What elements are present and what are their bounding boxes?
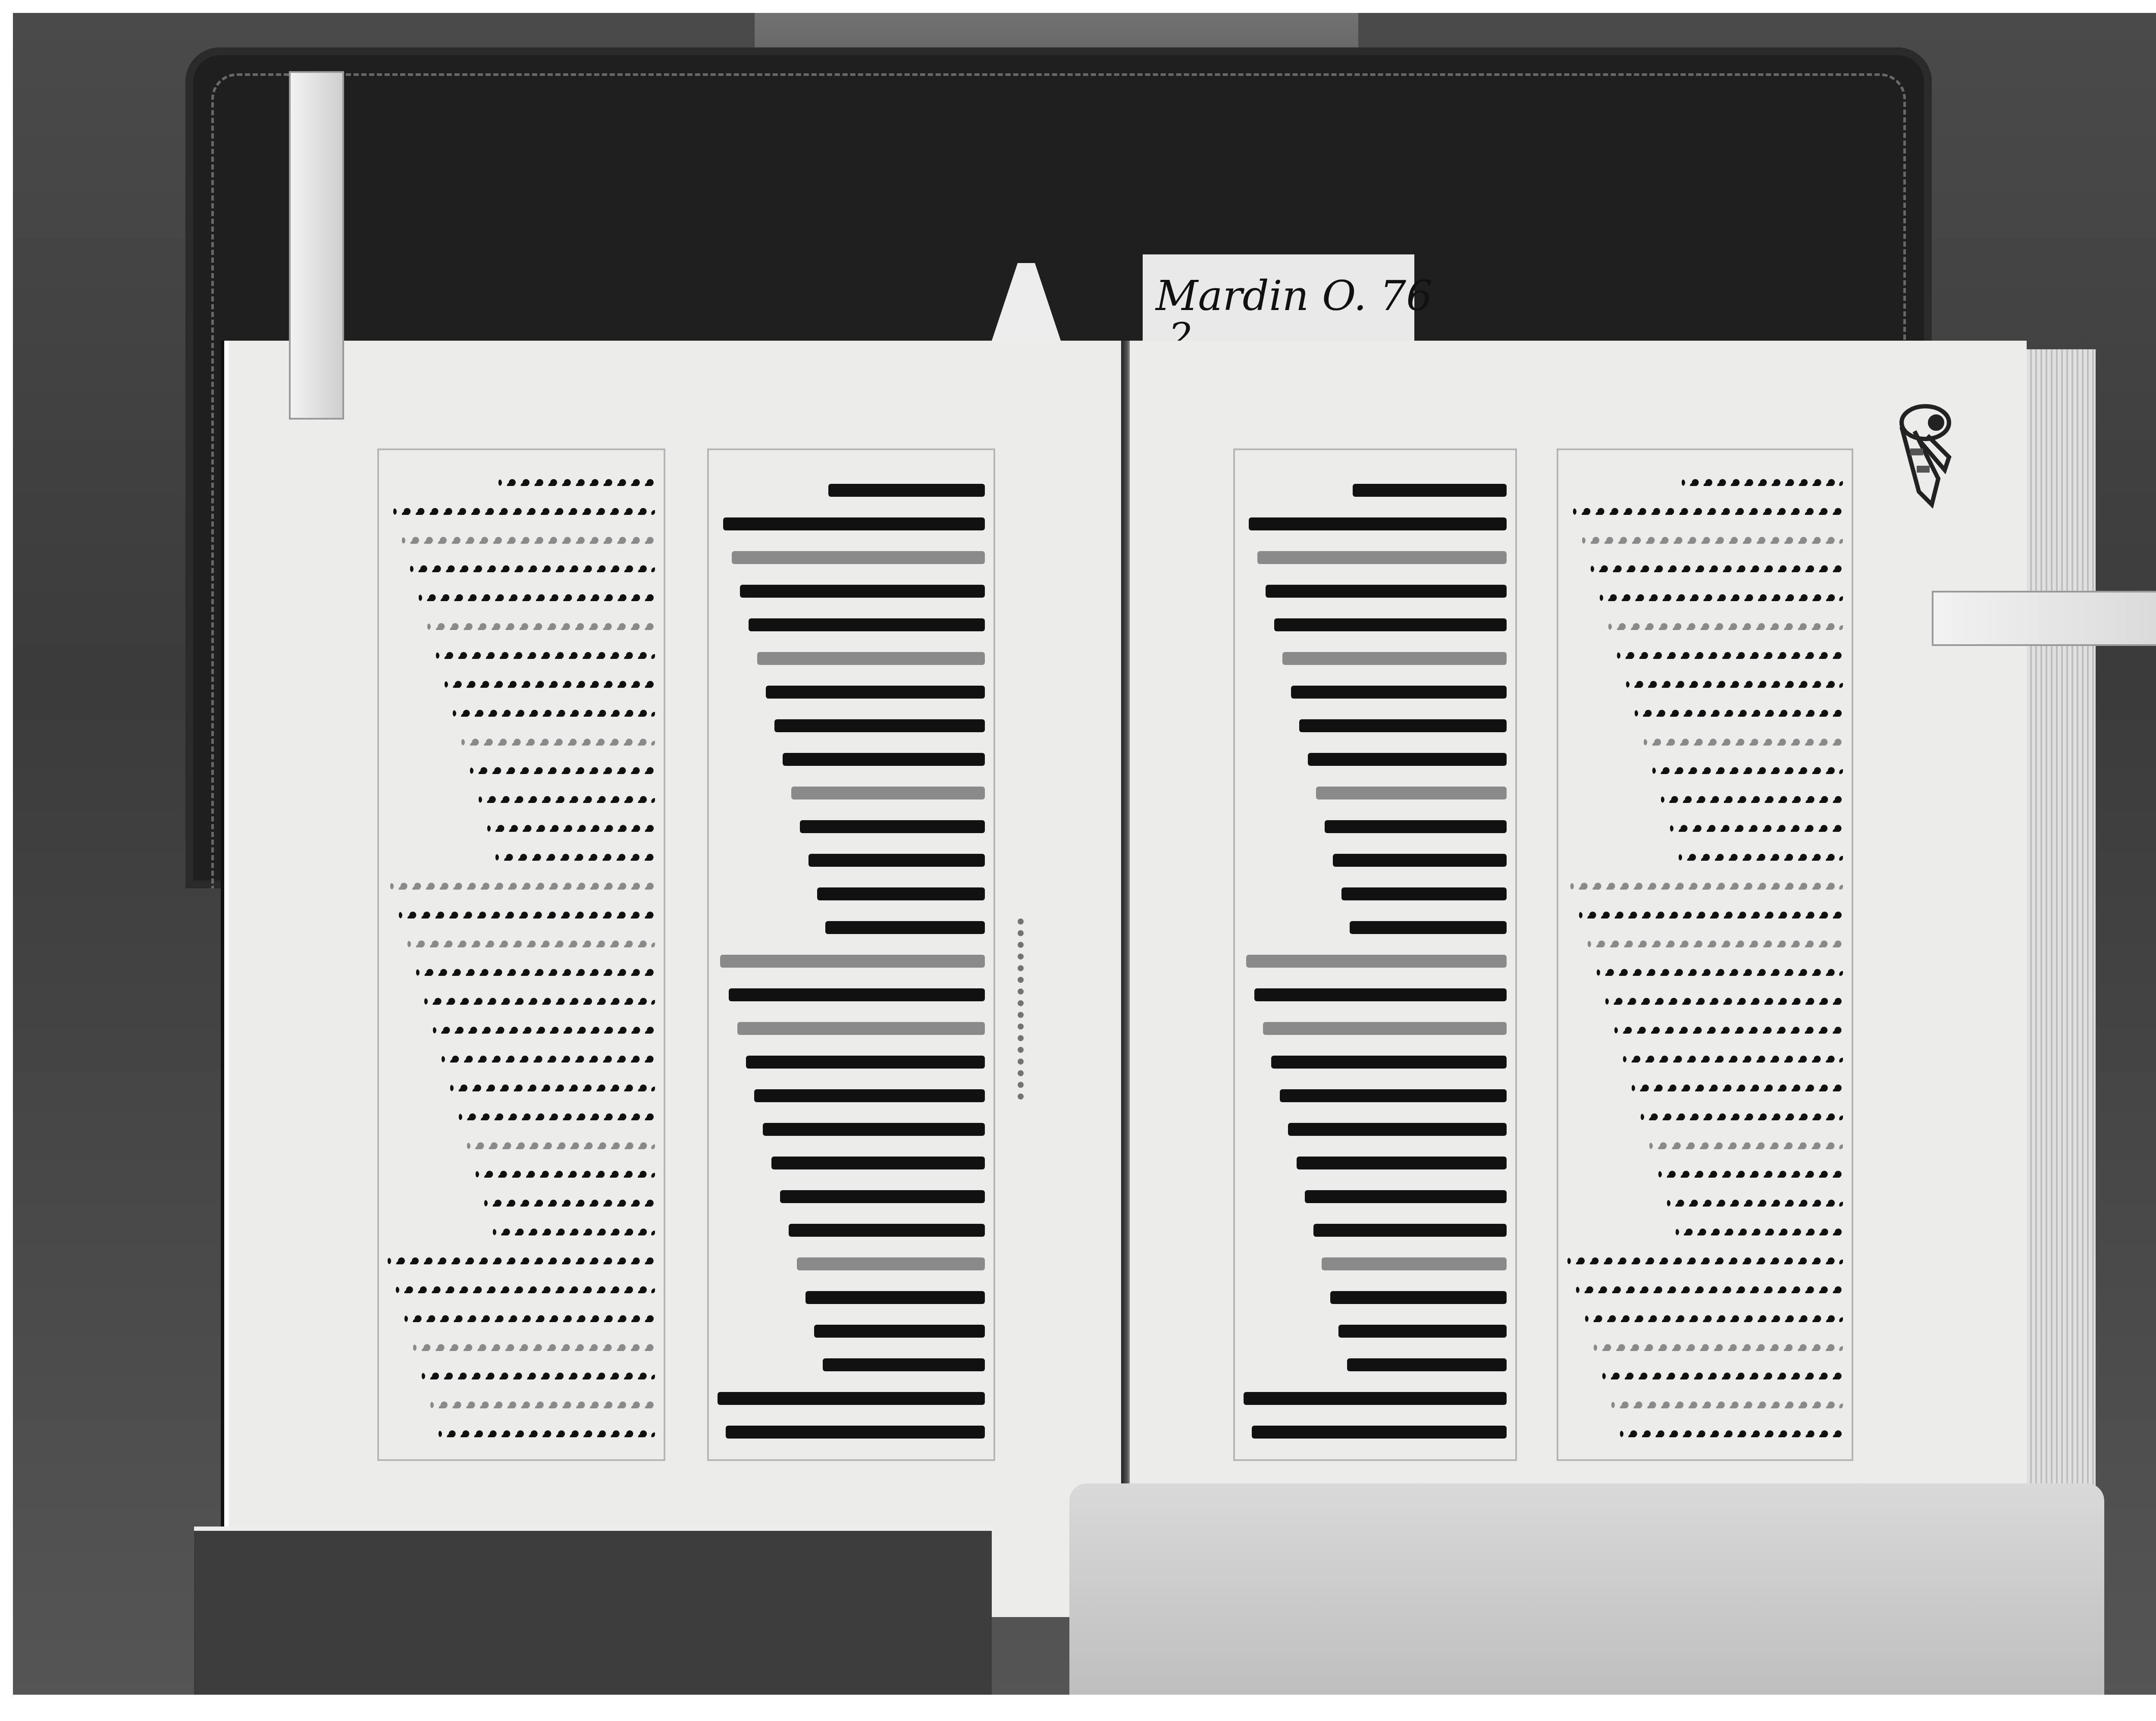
photo-frame: Mardin O. 76 2 bbox=[13, 13, 2156, 1695]
script-line bbox=[459, 1113, 655, 1120]
script-line bbox=[430, 1401, 655, 1408]
bird-ornament-icon bbox=[1884, 392, 1958, 513]
script-line bbox=[1576, 1286, 1843, 1293]
script-line bbox=[771, 1157, 985, 1169]
script-line bbox=[780, 1190, 985, 1203]
script-line bbox=[1254, 988, 1507, 1001]
script-line bbox=[1658, 1171, 1843, 1178]
script-line bbox=[805, 1291, 985, 1304]
script-line bbox=[1257, 551, 1507, 564]
script-line bbox=[1632, 1085, 1843, 1091]
script-line bbox=[422, 1373, 655, 1379]
script-line bbox=[1322, 1257, 1507, 1270]
script-line bbox=[1594, 1344, 1843, 1351]
script-line bbox=[1597, 969, 1843, 976]
script-line bbox=[1316, 787, 1507, 799]
right-page-column-b bbox=[1557, 448, 1853, 1461]
script-line bbox=[1608, 623, 1843, 630]
script-line bbox=[814, 1325, 985, 1338]
script-line bbox=[1623, 1056, 1843, 1063]
script-line bbox=[1333, 854, 1507, 867]
script-line bbox=[1246, 955, 1507, 968]
script-line bbox=[445, 681, 655, 688]
script-line bbox=[1353, 484, 1507, 497]
right-page bbox=[1130, 341, 2027, 1617]
script-line bbox=[789, 1224, 985, 1237]
script-line bbox=[1585, 1315, 1843, 1322]
open-manuscript bbox=[216, 341, 2087, 1613]
script-line bbox=[1670, 825, 1843, 832]
script-line bbox=[416, 969, 655, 976]
script-line bbox=[1667, 1200, 1843, 1207]
script-line bbox=[1591, 565, 1843, 572]
script-line bbox=[1249, 517, 1507, 530]
script-line bbox=[461, 739, 655, 746]
script-line bbox=[433, 1027, 655, 1034]
script-line bbox=[1350, 921, 1507, 934]
script-line bbox=[1244, 1392, 1507, 1405]
script-line bbox=[746, 1056, 985, 1069]
script-line bbox=[498, 479, 655, 486]
script-line bbox=[1605, 998, 1843, 1005]
script-line bbox=[1679, 854, 1843, 861]
script-line bbox=[1579, 912, 1843, 918]
script-line bbox=[800, 820, 985, 833]
script-line bbox=[718, 1392, 985, 1405]
script-line bbox=[817, 887, 985, 900]
script-line bbox=[723, 517, 985, 530]
left-page-column-b bbox=[707, 448, 995, 1461]
script-line bbox=[1330, 1291, 1507, 1304]
script-line bbox=[1567, 1257, 1843, 1264]
lower-book-light bbox=[1069, 1483, 2104, 1695]
script-line bbox=[427, 623, 655, 630]
script-line bbox=[749, 618, 985, 631]
script-line bbox=[1282, 652, 1507, 665]
script-line bbox=[1588, 940, 1843, 947]
marginal-note bbox=[1018, 918, 1050, 1100]
script-line bbox=[399, 912, 655, 918]
script-line bbox=[388, 1257, 655, 1264]
script-line bbox=[413, 1344, 655, 1351]
left-page bbox=[224, 341, 1130, 1617]
script-line bbox=[1341, 887, 1507, 900]
script-line bbox=[1274, 618, 1507, 631]
script-line bbox=[1263, 1022, 1507, 1035]
script-line bbox=[737, 1022, 985, 1035]
lower-book-dark bbox=[194, 1527, 992, 1695]
script-line bbox=[763, 1123, 985, 1136]
script-line bbox=[410, 565, 655, 572]
right-page-column-a bbox=[1233, 448, 1517, 1461]
script-line bbox=[479, 796, 655, 803]
script-line bbox=[484, 1200, 655, 1207]
script-line bbox=[1614, 1027, 1843, 1034]
script-line bbox=[476, 1171, 655, 1178]
script-line bbox=[467, 1142, 655, 1149]
script-line bbox=[439, 1430, 655, 1437]
script-line bbox=[1641, 1113, 1843, 1120]
script-line bbox=[726, 1426, 985, 1439]
script-line bbox=[825, 921, 985, 934]
script-line bbox=[1682, 479, 1843, 486]
script-line bbox=[436, 652, 655, 659]
script-line bbox=[1299, 719, 1507, 732]
script-line bbox=[1288, 1123, 1507, 1136]
script-line bbox=[729, 988, 985, 1001]
script-line bbox=[1649, 1142, 1843, 1149]
script-line bbox=[470, 767, 655, 774]
script-line bbox=[396, 1286, 655, 1293]
script-line bbox=[495, 854, 655, 861]
script-line bbox=[828, 484, 985, 497]
script-line bbox=[808, 854, 985, 867]
script-line bbox=[732, 551, 985, 564]
script-line bbox=[390, 883, 655, 890]
script-line bbox=[1611, 1401, 1843, 1408]
script-line bbox=[1573, 508, 1843, 515]
left-page-column-a bbox=[377, 448, 665, 1461]
script-line bbox=[740, 585, 985, 598]
script-line bbox=[419, 594, 655, 601]
script-line bbox=[797, 1257, 985, 1270]
script-line bbox=[1635, 710, 1843, 717]
page-edges bbox=[2027, 349, 2096, 1600]
script-line bbox=[757, 652, 985, 665]
script-line bbox=[1271, 1056, 1507, 1069]
script-line bbox=[1308, 753, 1507, 766]
script-line bbox=[1347, 1358, 1507, 1371]
script-line bbox=[1305, 1190, 1507, 1203]
script-line bbox=[1266, 585, 1507, 598]
script-line bbox=[402, 537, 655, 544]
script-line bbox=[720, 955, 985, 968]
clothespin-right bbox=[1932, 591, 2156, 646]
script-line bbox=[1626, 681, 1843, 688]
script-line bbox=[1644, 739, 1843, 746]
script-line bbox=[1280, 1089, 1507, 1102]
script-line bbox=[774, 719, 985, 732]
script-line bbox=[823, 1358, 985, 1371]
script-line bbox=[442, 1056, 655, 1063]
script-line bbox=[1602, 1373, 1843, 1379]
shelfmark-line-1: Mardin O. 76 bbox=[1156, 272, 1432, 320]
script-line bbox=[1297, 1157, 1507, 1169]
script-line bbox=[1313, 1224, 1507, 1237]
script-line bbox=[1252, 1426, 1507, 1439]
script-line bbox=[1570, 883, 1843, 890]
script-line bbox=[1652, 767, 1843, 774]
script-line bbox=[1676, 1229, 1843, 1235]
clothespin-left bbox=[289, 71, 344, 420]
script-line bbox=[1661, 796, 1843, 803]
script-line bbox=[766, 686, 985, 699]
script-line bbox=[404, 1315, 655, 1322]
script-line bbox=[450, 1085, 655, 1091]
script-line bbox=[791, 787, 985, 799]
script-line bbox=[1325, 820, 1507, 833]
script-line bbox=[1338, 1325, 1507, 1338]
script-line bbox=[1617, 652, 1843, 659]
script-line bbox=[487, 825, 655, 832]
script-line bbox=[783, 753, 985, 766]
script-line bbox=[453, 710, 655, 717]
script-line bbox=[754, 1089, 985, 1102]
script-line bbox=[1582, 537, 1843, 544]
script-line bbox=[393, 508, 655, 515]
script-line bbox=[407, 940, 655, 947]
script-line bbox=[1600, 594, 1843, 601]
script-line bbox=[493, 1229, 655, 1235]
script-line bbox=[424, 998, 655, 1005]
script-line bbox=[1291, 686, 1507, 699]
script-line bbox=[1620, 1430, 1843, 1437]
